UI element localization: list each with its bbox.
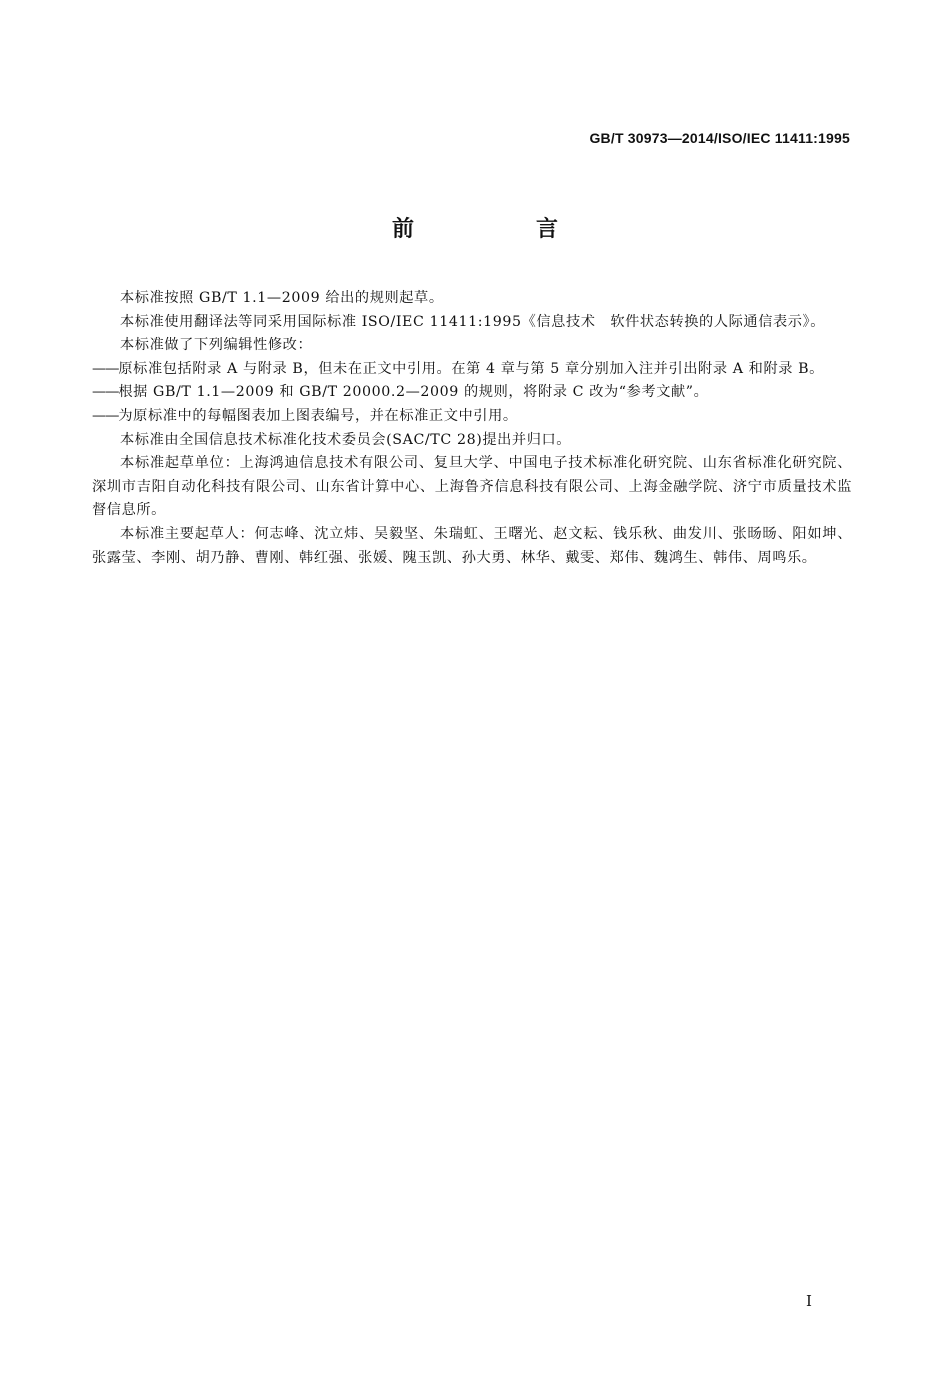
- paragraph-adoption: 本标准使用翻译法等同采用国际标准 ISO/IEC 11411:1995《信息技术…: [92, 311, 852, 335]
- page-number: I: [806, 1292, 812, 1310]
- paragraph-committee: 本标准由全国信息技术标准化技术委员会(SAC/TC 28)提出并归口。: [92, 429, 852, 453]
- list-item-text: 为原标准中的每幅图表加上图表编号，并在标准正文中引用。: [118, 408, 517, 424]
- foreword-body: 本标准按照 GB/T 1.1—2009 给出的规则起草。 本标准使用翻译法等同采…: [92, 287, 852, 570]
- page-title: 前 言: [0, 212, 950, 243]
- list-item-modification-figures: ——为原标准中的每幅图表加上图表编号，并在标准正文中引用。: [92, 405, 852, 429]
- list-item-modification-bibliography: ——根据 GB/T 1.1—2009 和 GB/T 20000.2—2009 的…: [92, 381, 852, 405]
- list-item-text: 根据 GB/T 1.1—2009 和 GB/T 20000.2—2009 的规则…: [118, 384, 708, 400]
- dash-marker: ——: [92, 384, 118, 400]
- dash-marker: ——: [92, 408, 118, 424]
- paragraph-drafting-units: 本标准起草单位：上海鸿迪信息技术有限公司、复旦大学、中国电子技术标准化研究院、山…: [92, 452, 852, 523]
- paragraph-drafters: 本标准主要起草人：何志峰、沈立炜、吴毅坚、朱瑞虹、王曙光、赵文耘、钱乐秋、曲发川…: [92, 523, 852, 570]
- paragraph-modifications-intro: 本标准做了下列编辑性修改：: [92, 334, 852, 358]
- list-item-modification-annex: ——原标准包括附录 A 与附录 B，但未在正文中引用。在第 4 章与第 5 章分…: [92, 358, 852, 382]
- paragraph-drafting-rules: 本标准按照 GB/T 1.1—2009 给出的规则起草。: [92, 287, 852, 311]
- list-item-text: 原标准包括附录 A 与附录 B，但未在正文中引用。在第 4 章与第 5 章分别加…: [118, 361, 824, 377]
- dash-marker: ——: [92, 361, 118, 377]
- standard-code-header: GB/T 30973—2014/ISO/IEC 11411:1995: [589, 130, 850, 146]
